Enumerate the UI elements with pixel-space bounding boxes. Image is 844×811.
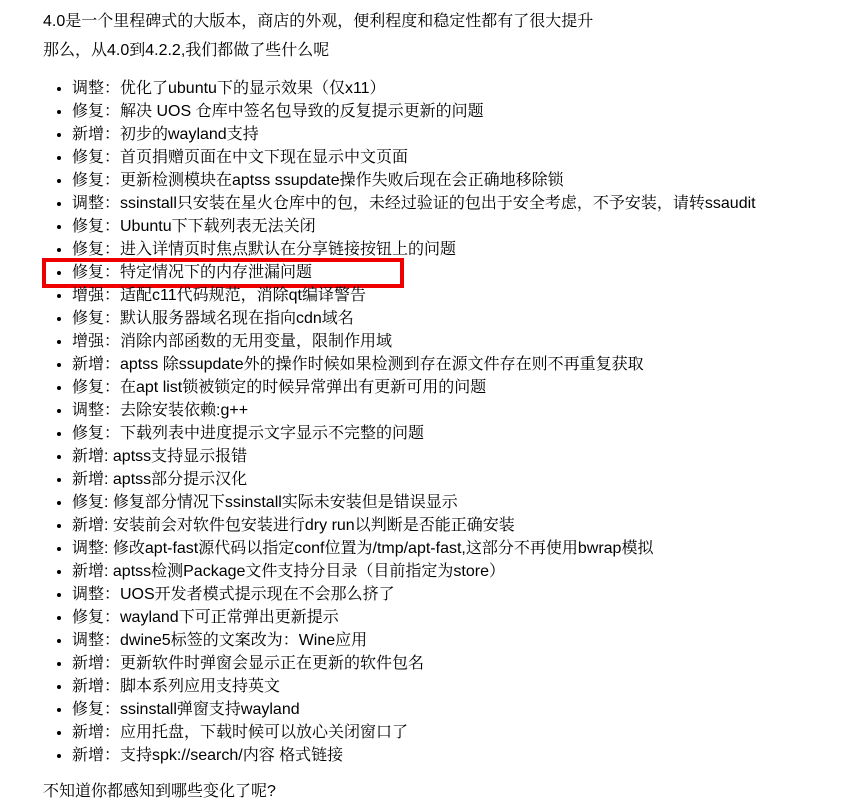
changelog-item-text: 新增：初步的wayland支持 [72, 126, 259, 143]
changelog-item-text: 修复：在apt list锁被锁定的时候异常弹出有更新可用的问题 [72, 379, 486, 396]
changelog-item-text: 修复：首页捐赠页面在中文下现在显示中文页面 [72, 149, 408, 166]
changelog-item: 新增：脚本系列应用支持英文 [72, 675, 824, 698]
changelog-item-text: 修复：解决 UOS 仓库中签名包导致的反复提示更新的问题 [72, 103, 484, 120]
changelog-item-highlighted: 修复：特定情况下的内存泄漏问题 [72, 261, 824, 284]
changelog-item-text: 调整：ssinstall只安装在星火仓库中的包，未经过验证的包出于安全考虑，不予… [72, 195, 756, 212]
changelog-item-text: 新增：脚本系列应用支持英文 [72, 678, 280, 695]
changelog-item: 新增: aptss部分提示汉化 [72, 468, 824, 491]
changelog-item-text: 增强：适配c11代码规范，消除qt编译警告 [72, 287, 366, 304]
changelog-item: 新增：初步的wayland支持 [72, 123, 824, 146]
changelog-item: 新增：支持spk://search/内容 格式链接 [72, 744, 824, 767]
changelog-item-text: 增强：消除内部函数的无用变量，限制作用域 [72, 333, 392, 350]
changelog-item-text: 修复: 修复部分情况下ssinstall实际未安装但是错误显示 [72, 494, 458, 511]
intro-paragraph-2: 那么，从4.0到4.2.2,我们都做了些什么呢 [43, 39, 824, 62]
changelog-item: 修复：在apt list锁被锁定的时候异常弹出有更新可用的问题 [72, 376, 824, 399]
changelog-item: 修复：解决 UOS 仓库中签名包导致的反复提示更新的问题 [72, 100, 824, 123]
changelog-item: 新增：更新软件时弹窗会显示正在更新的软件包名 [72, 652, 824, 675]
changelog-item: 增强：消除内部函数的无用变量，限制作用域 [72, 330, 824, 353]
changelog-item: 修复: 修复部分情况下ssinstall实际未安装但是错误显示 [72, 491, 824, 514]
changelog-item: 修复：Ubuntu下下载列表无法关闭 [72, 215, 824, 238]
intro-paragraph-1: 4.0是一个里程碑式的大版本，商店的外观，便利程度和稳定性都有了很大提升 [43, 10, 824, 33]
changelog-item-text: 修复：wayland下可正常弹出更新提示 [72, 609, 339, 626]
changelog-item: 修复：首页捐赠页面在中文下现在显示中文页面 [72, 146, 824, 169]
footer-question: 不知道你都感知到哪些变化了呢? [43, 780, 824, 803]
changelog-item: 新增：应用托盘，下载时候可以放心关闭窗口了 [72, 721, 824, 744]
changelog-item-text: 调整: 修改apt-fast源代码以指定conf位置为/tmp/apt-fast… [72, 540, 653, 557]
changelog-item-text: 新增：aptss 除ssupdate外的操作时候如果检测到存在源文件存在则不再重… [72, 356, 644, 373]
changelog-item: 修复：ssinstall弹窗支持wayland [72, 698, 824, 721]
changelog-item: 新增: aptss支持显示报错 [72, 445, 824, 468]
changelog-item-text: 新增: aptss检测Package文件支持分目录（目前指定为store） [72, 563, 505, 580]
changelog-item-text: 新增：应用托盘，下载时候可以放心关闭窗口了 [72, 724, 408, 741]
changelog-item: 新增: aptss检测Package文件支持分目录（目前指定为store） [72, 560, 824, 583]
changelog-item-text: 修复：ssinstall弹窗支持wayland [72, 701, 300, 718]
changelog-item: 新增：aptss 除ssupdate外的操作时候如果检测到存在源文件存在则不再重… [72, 353, 824, 376]
changelog-item-text: 修复：特定情况下的内存泄漏问题 [72, 264, 312, 281]
changelog-item-text: 调整：去除安装依赖:g++ [72, 402, 248, 419]
release-notes-document: 4.0是一个里程碑式的大版本，商店的外观，便利程度和稳定性都有了很大提升 那么，… [0, 0, 844, 811]
changelog-item-text: 新增: aptss部分提示汉化 [72, 471, 247, 488]
changelog-item: 新增: 安装前会对软件包安装进行dry run以判断是否能正确安装 [72, 514, 824, 537]
changelog-item: 修复：默认服务器域名现在指向cdn域名 [72, 307, 824, 330]
changelog-list: 调整：优化了ubuntu下的显示效果（仅x11） 修复：解决 UOS 仓库中签名… [43, 77, 824, 767]
changelog-item-text: 修复：下载列表中进度提示文字显示不完整的问题 [72, 425, 424, 442]
changelog-item: 调整：dwine5标签的文案改为：Wine应用 [72, 629, 824, 652]
changelog-item-text: 新增: 安装前会对软件包安装进行dry run以判断是否能正确安装 [72, 517, 515, 534]
changelog-item: 修复：wayland下可正常弹出更新提示 [72, 606, 824, 629]
changelog-item-text: 修复：进入详情页时焦点默认在分享链接按钮上的问题 [72, 241, 456, 258]
changelog-item-text: 修复：默认服务器域名现在指向cdn域名 [72, 310, 354, 327]
changelog-item: 修复：更新检测模块在aptss ssupdate操作失败后现在会正确地移除锁 [72, 169, 824, 192]
changelog-item: 调整：去除安装依赖:g++ [72, 399, 824, 422]
changelog-item: 修复：进入详情页时焦点默认在分享链接按钮上的问题 [72, 238, 824, 261]
changelog-item: 调整：ssinstall只安装在星火仓库中的包，未经过验证的包出于安全考虑，不予… [72, 192, 824, 215]
changelog-item-text: 新增：支持spk://search/内容 格式链接 [72, 747, 343, 764]
changelog-item: 调整: 修改apt-fast源代码以指定conf位置为/tmp/apt-fast… [72, 537, 824, 560]
changelog-item: 增强：适配c11代码规范，消除qt编译警告 [72, 284, 824, 307]
changelog-item-text: 修复：更新检测模块在aptss ssupdate操作失败后现在会正确地移除锁 [72, 172, 564, 189]
changelog-item-text: 新增: aptss支持显示报错 [72, 448, 247, 465]
changelog-item: 调整：优化了ubuntu下的显示效果（仅x11） [72, 77, 824, 100]
changelog-item-text: 调整：优化了ubuntu下的显示效果（仅x11） [72, 80, 386, 97]
changelog-item-text: 调整：dwine5标签的文案改为：Wine应用 [72, 632, 367, 649]
changelog-item-text: 新增：更新软件时弹窗会显示正在更新的软件包名 [72, 655, 424, 672]
changelog-item-text: 调整：UOS开发者模式提示现在不会那么挤了 [72, 586, 395, 603]
changelog-item: 调整：UOS开发者模式提示现在不会那么挤了 [72, 583, 824, 606]
changelog-item: 修复：下载列表中进度提示文字显示不完整的问题 [72, 422, 824, 445]
changelog-item-text: 修复：Ubuntu下下载列表无法关闭 [72, 218, 316, 235]
